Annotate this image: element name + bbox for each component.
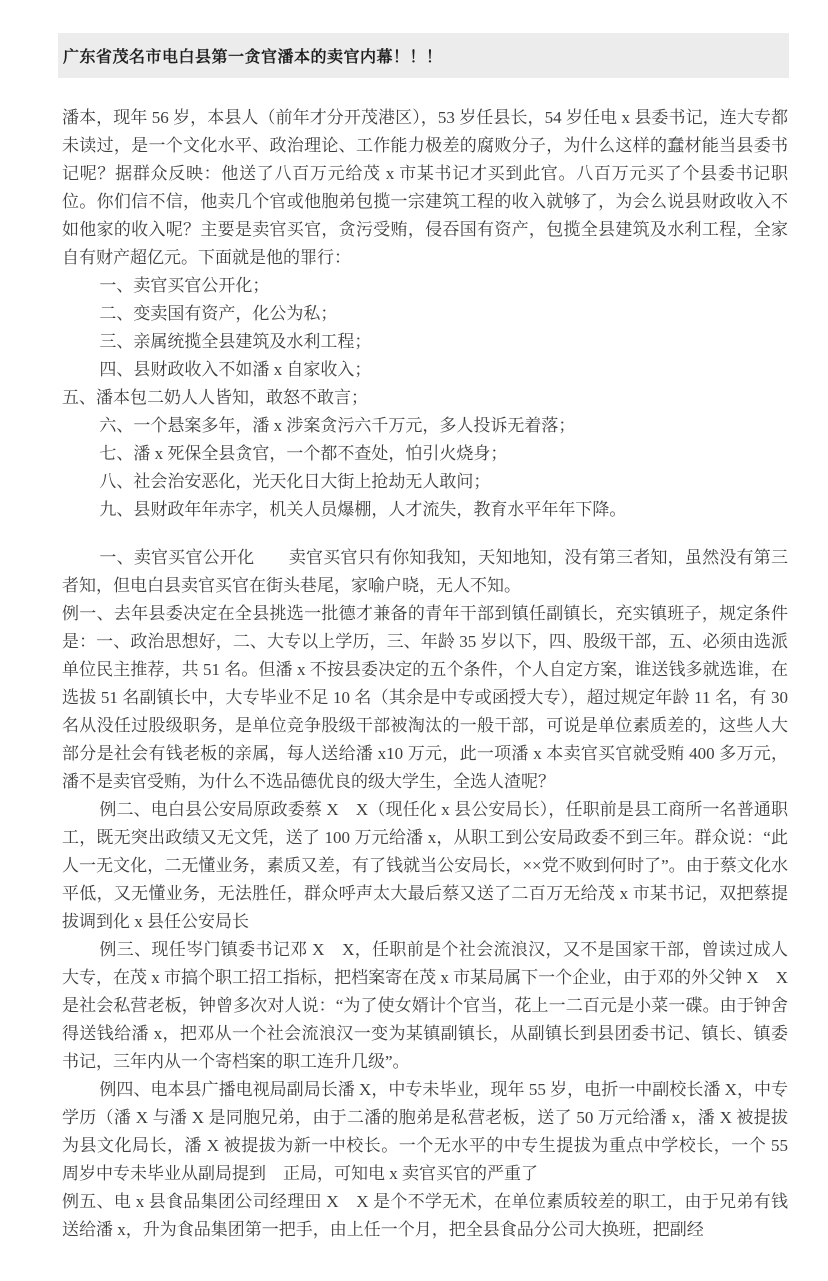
crime-list-item-1: 一、卖官买官公开化； <box>62 272 788 300</box>
intro-paragraph: 潘本，现年 56 岁，本县人（前年才分开茂港区），53 岁任县长，54 岁任电 … <box>62 104 788 272</box>
example-5-paragraph: 例五、电 x 县食品集团公司经理田 X X 是个不学无术，在单位素质较差的职工，… <box>62 1188 788 1244</box>
example-4-paragraph: 例四、电本县广播电视局副局长潘 X，中专未毕业，现年 55 岁，电折一中副校长潘… <box>62 1076 788 1188</box>
page-title: 广东省茂名市电白县第一贪官潘本的卖官内幕！！！ <box>63 44 443 67</box>
crime-list-item-5: 五、潘本包二奶人人皆知，敢怒不敢言； <box>62 384 788 412</box>
crime-list-item-7: 七、潘 x 死保全县贪官，一个都不查处，怕引火烧身； <box>62 440 788 468</box>
crime-list-item-6: 六、一个悬案多年，潘 x 涉案贪污六千万元，多人投诉无着落； <box>62 412 788 440</box>
example-2-paragraph: 例二、电白县公安局原政委蔡 X X（现任化 x 县公安局长），任职前是县工商所一… <box>62 796 788 936</box>
article: 潘本，现年 56 岁，本县人（前年才分开茂港区），53 岁任县长，54 岁任电 … <box>62 104 788 1244</box>
crime-list-item-3: 三、亲属统揽全县建筑及水利工程； <box>62 328 788 356</box>
title-bar: 广东省茂名市电白县第一贪官潘本的卖官内幕！！！ <box>58 33 789 78</box>
crime-list-item-4: 四、县财政收入不如潘 x 自家收入； <box>62 356 788 384</box>
example-1-paragraph: 例一、去年县委决定在全县挑选一批德才兼备的青年干部到镇任副镇长，充实镇班子，规定… <box>62 600 788 796</box>
crime-list-item-8: 八、社会治安恶化，光天化日大街上抢劫无人敢问； <box>62 468 788 496</box>
crime-list-item-9: 九、县财政年年赤字，机关人员爆棚，人才流失，教育水平年年下降。 <box>62 496 788 524</box>
crime-list-item-2: 二、变卖国有资产，化公为私； <box>62 300 788 328</box>
section-1-paragraph: 一、卖官买官公开化 卖官买官只有你知我知，天知地知，没有第三者知，虽然没有第三者… <box>62 544 788 600</box>
example-3-paragraph: 例三、现任岑门镇委书记邓 X X，任职前是个社会流浪汉，又不是国家干部，曾读过成… <box>62 936 788 1076</box>
